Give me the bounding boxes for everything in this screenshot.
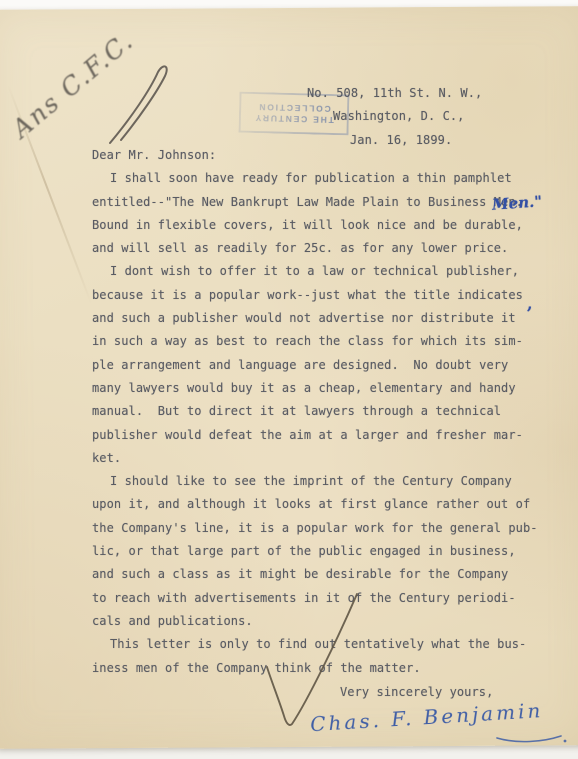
typed-line: cals and publications.	[92, 610, 564, 633]
typed-line: ket.	[92, 447, 564, 470]
typed-line: I shall soon have ready for publication …	[92, 167, 564, 190]
typed-line: and will sell as readily for 25c. as for…	[92, 237, 564, 260]
typed-line: to reach with advertisements in it of th…	[92, 587, 564, 610]
typed-line: lic, or that large part of the public en…	[92, 540, 564, 563]
typed-line: many lawyers would buy it as a cheap, el…	[92, 377, 564, 400]
typed-line: publisher would defeat the aim at a larg…	[92, 424, 564, 447]
typed-line: the Company's line, it is a popular work…	[92, 517, 564, 540]
stamp-line-2: COLLECTION	[257, 102, 330, 114]
typed-line: manual. But to direct it at lawyers thro…	[92, 400, 564, 423]
typed-line: iness men of the Company think of the ma…	[92, 657, 564, 680]
ink-correction-comma: ,	[527, 294, 533, 313]
typed-line: because it is a popular work--just what …	[92, 284, 564, 307]
typed-line: in such a way as best to reach the class…	[92, 330, 564, 353]
typed-line: This letter is only to find out tentativ…	[92, 633, 564, 656]
letter-body: Dear Mr. Johnson: I shall soon have read…	[92, 144, 564, 680]
ink-correction-men: Men."	[491, 192, 542, 213]
typed-line: Bound in flexible covers, it will look n…	[92, 214, 564, 237]
typed-line: and such a publisher would not advertise…	[92, 307, 564, 330]
letter-scan: THE CENTURY COLLECTION Ans C.F.C. No. 50…	[0, 0, 578, 759]
typed-line: I should like to see the imprint of the …	[92, 470, 564, 493]
typed-line: I dont wish to offer it to a law or tech…	[92, 260, 564, 283]
typed-line: ple arrangement and language are designe…	[92, 354, 564, 377]
typed-line: upon it, and although it looks at first …	[92, 493, 564, 516]
stamp-line-1: THE CENTURY	[254, 113, 334, 125]
address-line-2: Washington, D. C.,	[333, 109, 464, 123]
salutation: Dear Mr. Johnson:	[92, 144, 564, 167]
closing-line: Very sincerely yours,	[340, 685, 493, 699]
address-line-1: No. 508, 11th St. N. W.,	[307, 86, 482, 100]
typed-line: and such a class as it might be desirabl…	[92, 563, 564, 586]
